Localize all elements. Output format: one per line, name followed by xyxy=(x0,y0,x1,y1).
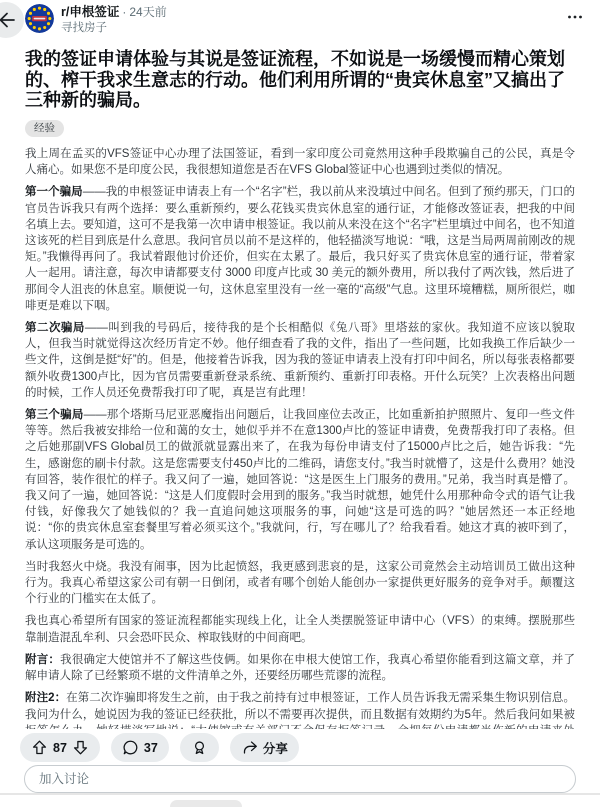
paragraph-lead: 附言： xyxy=(25,654,60,666)
post-title: 我的签证申请体验与其说是签证流程，不如说是一场缓慢而精心策划的、榨干我求生意志的… xyxy=(25,49,575,111)
paragraph-text: 我很确定大使馆并不了解这些伎俩。如果你在申根大使馆工作，我真心希望你能看到这篇文… xyxy=(25,654,575,682)
post-paragraph: 第三个骗局——那个塔斯马尼亚恶魔指出问题后，让我回座位去改正，比如重新拍护照照片… xyxy=(25,407,575,553)
post-flair-badge[interactable]: 经验 xyxy=(25,120,64,138)
post-paragraph: 第一个骗局——我的申根签证申请表上有一个“名字”栏，我以前从来没填过中间名。但到… xyxy=(25,184,575,314)
share-label: 分享 xyxy=(263,739,288,757)
share-button[interactable]: 分享 xyxy=(230,733,299,762)
comment-count: 37 xyxy=(144,741,158,755)
paragraph-dash: —— xyxy=(84,409,107,421)
post-action-bar: 87 37 分享 xyxy=(20,733,299,762)
paragraph-lead: 第三个骗局 xyxy=(25,409,84,421)
award-button[interactable] xyxy=(180,733,219,762)
post-author[interactable]: 寻找房子 xyxy=(61,22,167,36)
post-body: 我上周在孟买的VFS签证中心办理了法国签证，看到一家印度公司竟然用这种手段欺骗自… xyxy=(25,146,575,729)
bottom-divider xyxy=(0,793,600,795)
comments-button[interactable]: 37 xyxy=(111,733,169,762)
paragraph-dash: —— xyxy=(83,186,106,198)
subreddit-name[interactable]: r/申根签证 xyxy=(61,5,119,19)
post-meta: r/申根签证·24天前 寻找房子 xyxy=(61,5,167,36)
cutoff-bottom-pill[interactable] xyxy=(170,800,242,807)
post-timestamp: 24天前 xyxy=(129,5,166,19)
join-discussion-input[interactable] xyxy=(24,765,576,793)
paragraph-text: 那个塔斯马尼亚恶魔指出问题后，让我回座位去改正，比如重新拍护照照片、复印一些文件… xyxy=(25,409,575,551)
paragraph-lead: 第二次骗局 xyxy=(25,322,85,334)
back-arrow-icon xyxy=(0,9,17,31)
downvote-button[interactable] xyxy=(72,739,89,756)
post-detail-view: r/申根签证·24天前 寻找房子 我的签证申请体验与其说是签证流程，不如说是一场… xyxy=(0,0,600,729)
post-paragraph: 当时我怒火中烧。我没有闹事，因为比起愤怒，我更感到悲哀的是，这家公司竟然会主动培… xyxy=(25,559,575,608)
upvote-count: 87 xyxy=(53,741,67,755)
award-medal-icon xyxy=(191,739,208,756)
overflow-menu-button[interactable] xyxy=(562,6,588,28)
back-button[interactable] xyxy=(0,2,24,38)
paragraph-text: 我的申根签证申请表上有一个“名字”栏，我以前从来没填过中间名。但到了预约那天，门… xyxy=(25,186,575,311)
subreddit-avatar[interactable] xyxy=(25,4,54,33)
post-paragraph: 附注2：在第二次诈骗即将发生之前，由于我之前持有过申根签证，工作人员告诉我无需采… xyxy=(25,690,575,729)
eu-flag-icon xyxy=(25,4,54,33)
downvote-arrow-icon xyxy=(72,739,89,756)
meta-separator: · xyxy=(122,5,126,19)
overflow-menu-icon xyxy=(567,9,583,25)
paragraph-lead: 附注2： xyxy=(25,692,66,704)
post-header: r/申根签证·24天前 寻找房子 xyxy=(0,0,600,40)
paragraph-text: 叫到我的号码后，接待我的是个长相酷似《兔八哥》里塔兹的家伙。我知道不应该以貌取人… xyxy=(25,322,575,399)
paragraph-lead: 第一个骗局 xyxy=(25,186,83,198)
paragraph-text: 我上周在孟买的VFS签证中心办理了法国签证，看到一家印度公司竟然用这种手段欺骗自… xyxy=(25,148,575,176)
upvote-button[interactable] xyxy=(31,739,48,756)
upvote-arrow-icon xyxy=(31,739,48,756)
post-footer: 87 37 分享 xyxy=(0,729,600,807)
paragraph-text: 当时我怒火中烧。我没有闹事，因为比起愤怒，我更感到悲哀的是，这家公司竟然会主动培… xyxy=(25,561,575,605)
paragraph-dash: —— xyxy=(85,322,108,334)
paragraph-text: 在第二次诈骗即将发生之前，由于我之前持有过申根签证，工作人员告诉我无需采集生物识… xyxy=(25,692,575,729)
post-paragraph: 附言：我很确定大使馆并不了解这些伎俩。如果你在申根大使馆工作，我真心希望你能看到… xyxy=(25,652,575,684)
paragraph-text: 我也真心希望所有国家的签证流程都能实现线上化，让全人类摆脱签证申请中心（VFS）… xyxy=(25,615,575,643)
comment-bubble-icon xyxy=(122,739,139,756)
post-paragraph: 第二次骗局——叫到我的号码后，接待我的是个长相酷似《兔八哥》里塔兹的家伙。我知道… xyxy=(25,320,575,401)
share-arrow-icon xyxy=(241,739,258,756)
vote-pill: 87 xyxy=(20,733,100,762)
post-paragraph: 我也真心希望所有国家的签证流程都能实现线上化，让全人类摆脱签证申请中心（VFS）… xyxy=(25,613,575,645)
post-paragraph: 我上周在孟买的VFS签证中心办理了法国签证，看到一家印度公司竟然用这种手段欺骗自… xyxy=(25,146,575,178)
